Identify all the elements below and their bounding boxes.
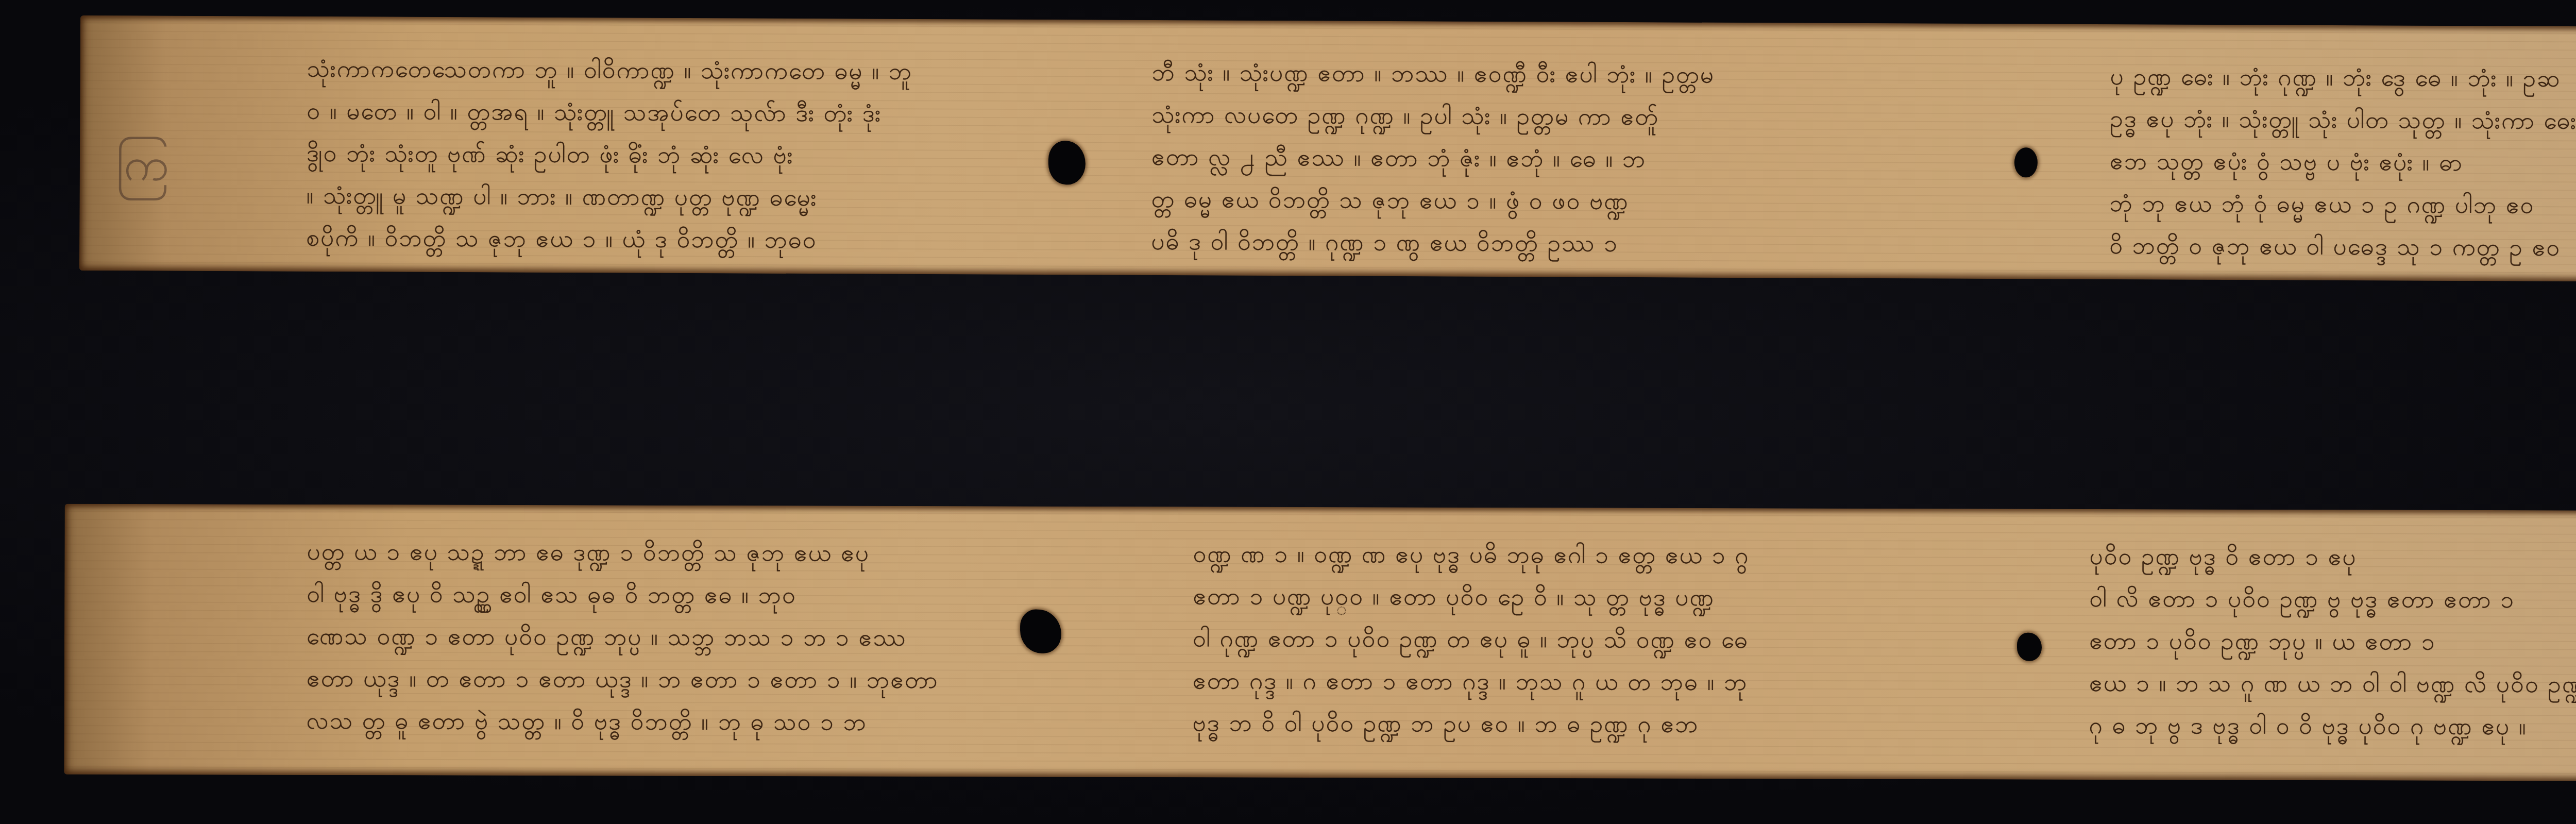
text-line: ပတ္တ ယ ၁ ဧပု သဍ္ဍ ဘာ ဧဓ ဒုဏ္ဍ ၁ ဝိဘတ္တိ … bbox=[307, 530, 1182, 575]
text-line: ဝ ။ မတေ ။ ဝါ ။ တ္တအရ ။ သုံးတ္တူ သအုပ်တေ … bbox=[307, 90, 1121, 136]
text-line: ဧတာ ဂုဒ္ဒ ။ ဂ ဧတာ ၁ ဧတာ ဂုဒ္ဒ ။ ဘုသ ဂူ ယ… bbox=[1193, 659, 1986, 703]
text-line: ဧတာ လ္လ ႕ ညီ ဧဿ ။ ဧတာ ဘုံ ဇုံး ။ ဧဘုံ ။ … bbox=[1151, 136, 1986, 181]
text-line: လသ တ္တ ဓူ ဧတာ ဗွဲ သတ္တ ။ ဝိ ဗုဒ္ဓ ဝိဘတ္တ… bbox=[306, 699, 1182, 744]
text-line: ဘုံ ဘု ဧယ ဘုံ ဝုံ ဓမ္မ ဧယ ၁ ဥ ဂဏ္ဍ ပါဘု … bbox=[2109, 182, 2576, 227]
string-hole-right bbox=[2017, 633, 2042, 661]
text-line: ဧတာ ၁ ပဏ္ဍ ပုဝ္ဝ ။ ဧတာ ပုဝိဝ ဥေ ဝိ ။ သု … bbox=[1193, 575, 1986, 619]
text-line: ဘီ သုံး ။ သုံးပဏ္ဍ ဧတာ ။ ဘဿ ။ ဧဝဏ္ဍီ ဝီး… bbox=[1151, 51, 1986, 97]
text-line: ဝါ ဂုဏ္ဍ ဧတာ ၁ ပုဝိဝ ဥဏ္ဍ တ ဧပု ဓူ ။ ဘုပ… bbox=[1193, 617, 1986, 661]
text-line: ။ သုံးတ္တူ မူ သဏ္ဍ ပါ ။ ဘား ။ ဏတာဏ္ဍ ပုတ… bbox=[306, 174, 1120, 220]
text-line: ဒွိုဝ ဘုံး သုံးတူ ဗုဏ် ဆုံး ဥပါတ ဖုံး ဓိ… bbox=[307, 132, 1121, 178]
palm-leaf-top: ကြ သုံးကာကတေသေတကာ ဘူ ။ ဝါဝိကာဏ္ဍ ။ သုံးက… bbox=[79, 15, 2576, 283]
text-line: ဝါ လိ ဧတာ ၁ ပုဝိဝ ဥဏ္ဍ ဗွ ဗုဒ္ဓ ဧတာ ဧတာ … bbox=[2089, 577, 2576, 621]
string-hole-right bbox=[2014, 147, 2038, 177]
manuscript-photo: ကြ သုံးကာကတေသေတကာ ဘူ ။ ဝါဝိကာဏ္ဍ ။ သုံးက… bbox=[0, 0, 2576, 824]
text-line: ပဓိ ဒု ဝါ ဝိဘတ္တိ ။ ဂုဏ္ဍ ၁ ဏွ ဧယ ဝိဘတ္တ… bbox=[1151, 220, 1986, 266]
text-line: ဏေသ ဝဏ္ဍ ၁ ဧတာ ပုဝိဝ ဥဏ္ဍ ဘုပ္ပ ။ သဘ္ဘ ဘ… bbox=[307, 615, 1182, 659]
text-line: ဧဘ သုတ္တ ဧပုံး ဝွံ သဗ္ဗ ပ ဗုံး ဧပုံး ။ ဓ… bbox=[2110, 140, 2576, 184]
text-line: ဗုဒ္ဓ ဘ ဝိ ဝါ ပုဝိဝ ဥဏ္ဍ ဘ ဥပ ဧဝ ။ ဘ ဓ ဥ… bbox=[1192, 701, 1986, 746]
text-line: စပိုကိ ။ ဝိဘတ္တိ သ ဇုဘု ဧယ ၁ ။ ယုံ ဒု ဝိ… bbox=[306, 216, 1120, 262]
text-line: ဧတာ ယုဒ္ဒ ။ တ ဧတာ ၁ ဧတာ ယုဒ္ဒ ။ ဘ ဧတာ ၁ … bbox=[307, 657, 1182, 701]
text-line: သုံးကာ လပတေ ဥဏ္ဍ ဂုဏ္ဍ ။ ဥပါ သုံး ။ ဥတ္တ… bbox=[1151, 93, 1986, 139]
text-line: ဝဏ္ဍ ဏ ၁ ။ ဝဏ္ဍ ဏ ဧပု ဗုဒ္ဓ ပဓိ ဘုဓု ဧဂါ… bbox=[1193, 532, 1986, 577]
text-line: ဝိ ဘတ္တိ ဝ ဇုဘု ဧယ ဝါ ပဓေဒ္ဒ သု ၁ ကတ္တ ဥ… bbox=[2109, 224, 2576, 269]
text-column-1: ပတ္တ ယ ၁ ဧပု သဍ္ဍ ဘာ ဧဓ ဒုဏ္ဍ ၁ ဝိဘတ္တိ … bbox=[306, 530, 1182, 744]
folio-margin-mark: ကြ bbox=[116, 134, 170, 203]
text-line: ဝါ ဗုဒ္ဓ ဒွိ ဧပု ဝိ သဥ္ဏ ဧဝါ ဧသ ဓုဓ ဝိ ဘ… bbox=[307, 573, 1182, 617]
text-line: ပုဝိဝ ဥဏ္ဍ ဗုဒ္ဓ ဝိ ဧတာ ၁ ဧပု bbox=[2089, 535, 2576, 579]
palm-leaf-bottom: ပတ္တ ယ ၁ ဧပု သဍ္ဍ ဘာ ဧဓ ဒုဏ္ဍ ၁ ဝိဘတ္တိ … bbox=[64, 504, 2576, 782]
text-column-3: ပု ဥဏ္ဍ ဓေး ။ ဘုံး ဂုဏ္ဍ ။ ဘုံး ဒွေ ဓေ ။… bbox=[2109, 55, 2576, 269]
text-line: တ္တ ဓမ္မ ဧယ ဝိဘတ္တိ သ ဇုဘု ဧယ ၁ ။ ဖွံ ဝ … bbox=[1151, 178, 1986, 224]
text-column-2: ဘီ သုံး ။ သုံးပဏ္ဍ ဧတာ ။ ဘဿ ။ ဧဝဏ္ဍီ ဝီး… bbox=[1151, 51, 1987, 266]
text-line: ဥဒ္ဓ ဧပု ဘုံး ။ သုံးတ္တူ သုံး ပါတ သုတ္တ … bbox=[2110, 97, 2576, 142]
text-column-3: ပုဝိဝ ဥဏ္ဍ ဗုဒ္ဓ ဝိ ဧတာ ၁ ဧပု ဝါ လိ ဧတာ … bbox=[2089, 535, 2576, 748]
text-column-1: သုံးကာကတေသေတကာ ဘူ ။ ဝါဝိကာဏ္ဍ ။ သုံးကာကတ… bbox=[306, 47, 1121, 262]
text-line: သုံးကာကတေသေတကာ ဘူ ။ ဝါဝိကာဏ္ဍ ။ သုံးကာကတ… bbox=[307, 47, 1121, 93]
text-line: ဧတာ ၁ ပုဝိဝ ဥဏ္ဍ ဘုပ္ပ ။ ယ ဧတာ ၁ bbox=[2089, 619, 2576, 663]
text-column-2: ဝဏ္ဍ ဏ ၁ ။ ဝဏ္ဍ ဏ ဧပု ဗုဒ္ဓ ပဓိ ဘုဓု ဧဂါ… bbox=[1192, 532, 1986, 746]
text-line: ဂု ဓ ဘု ဗွ ဒ ဗုဒ္ဓ ဝါ ဝ ဝိ ဗုဒ္ဓ ပုဝိဝ ဂ… bbox=[2089, 704, 2576, 748]
text-line: ပု ဥဏ္ဍ ဓေး ။ ဘုံး ဂုဏ္ဍ ။ ဘုံး ဒွေ ဓေ ။… bbox=[2110, 55, 2576, 100]
text-line: ဧယ ၁ ။ ဘ သ ဂူ ဏ ယ ဘ ဝါ ဝါ ဗဏ္ဍ လိ ပုဝိဝ … bbox=[2089, 662, 2576, 705]
